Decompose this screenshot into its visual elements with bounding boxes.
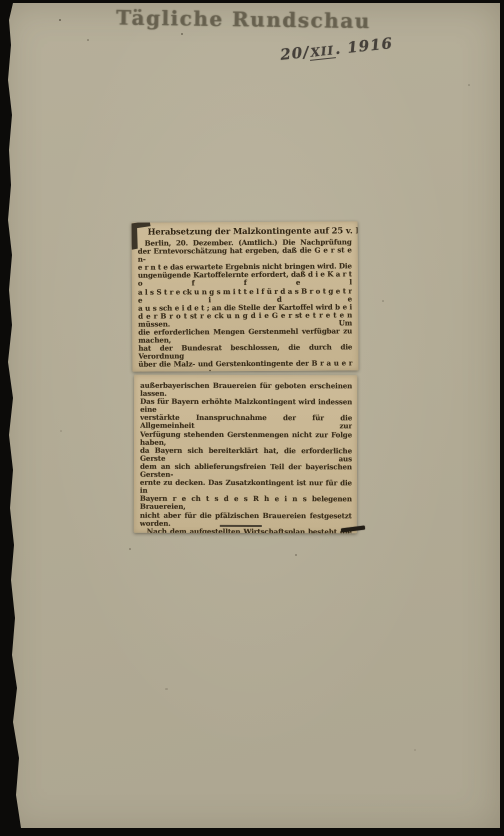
clipping-text-line: Nach dem aufgestellten Wirtschaftsplan b… — [140, 527, 352, 533]
handwritten-month-roman: XII — [309, 43, 336, 61]
clipping-strip-1: Herabsetzung der Malzkontingente auf 25 … — [132, 221, 359, 371]
clipping-text-line: da Bayern sich bereiterklärt hat, die er… — [140, 446, 352, 463]
paper-speckle — [87, 39, 89, 41]
paper-speckle — [295, 554, 297, 556]
paper-speckle — [468, 84, 470, 86]
clipping-text-line: über die Malz- und Gerstenkontingente de… — [138, 360, 352, 372]
clipping-text-line: ernte zu decken. Das Zusatzkontingent is… — [140, 479, 352, 496]
paper-speckle — [181, 33, 183, 35]
handwritten-day: 20/ — [279, 43, 310, 64]
clipping-headline: Herabsetzung der Malzkontingente auf 25 … — [138, 225, 352, 237]
clipping-text-line: Das für Bayern erhöhte Malzkontingent wi… — [140, 398, 352, 415]
end-rule — [220, 525, 262, 527]
clipping-text-line: verstärkte Inanspruchnahme der für die A… — [140, 414, 352, 431]
scanned-page-photo: Tägliche Rundschau 20/XII. 1916 Herabset… — [0, 0, 504, 836]
clipping-paragraph-1: Berlin, 20. Dezember. (Amtlich.) Die Nac… — [138, 238, 353, 371]
clipping-strip-2: außerbayerischen Brauereien für geboten … — [134, 375, 357, 534]
clipping-paragraph-2: außerbayerischen Brauereien für geboten … — [139, 382, 352, 534]
paper-speckle — [382, 300, 384, 302]
clipping-text-line: dem an sich ablieferungsfreien Teil der … — [140, 463, 352, 480]
clipping-text-line: Bayern r e ch t s d e s R h e i n s bele… — [140, 495, 352, 512]
clipping-text-line: Verfügung stehenden Gerstenmengen nicht … — [140, 430, 352, 447]
paper-speckle — [60, 430, 62, 432]
ink-mark — [132, 221, 153, 251]
paper-speckle — [59, 19, 61, 21]
paper-speckle — [165, 688, 168, 690]
clipping-text-line: außerbayerischen Brauereien für geboten … — [140, 382, 352, 399]
newspaper-name-stamp: Tägliche Rundschau — [116, 6, 326, 39]
handwritten-separator: . — [334, 40, 342, 59]
paper-speckle — [129, 548, 131, 550]
paper-speckle — [414, 749, 416, 751]
